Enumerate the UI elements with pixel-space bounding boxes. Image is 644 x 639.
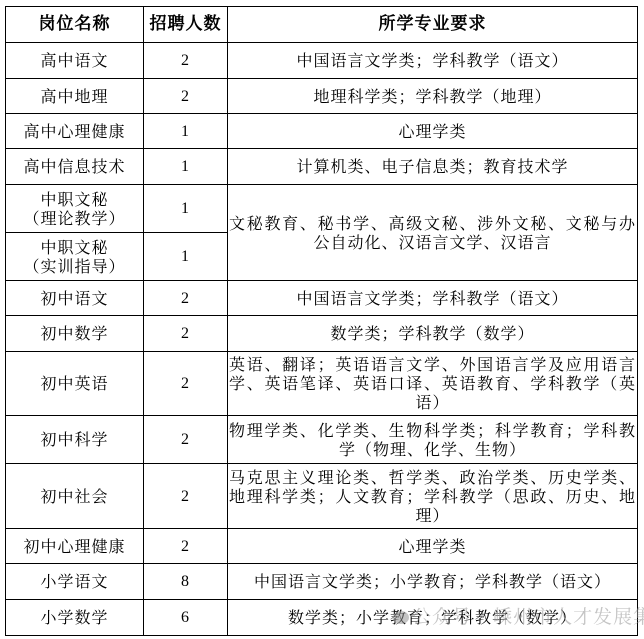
table-row: 初中心理健康 2 心理学类	[6, 529, 638, 564]
position-cell: 高中信息技术	[6, 149, 144, 185]
table-row: 初中语文 2 中国语言文学类；学科教学（语文）	[6, 281, 638, 316]
major-cell-merged: 文秘教育、秘书学、高级文秘、涉外文秘、文秘与办公自动化、汉语言文学、汉语言	[228, 185, 638, 281]
major-cell: 中国语言文学类；学科教学（语文）	[228, 281, 638, 316]
count-cell: 2	[144, 43, 228, 79]
table-row: 高中信息技术 1 计算机类、电子信息类；教育技术学	[6, 149, 638, 185]
table-row: 中职文秘 （理论教学） 1 文秘教育、秘书学、高级文秘、涉外文秘、文秘与办公自动…	[6, 185, 638, 233]
count-cell: 1	[144, 114, 228, 149]
position-cell: 初中社会	[6, 464, 144, 529]
position-cell: 中职文秘 （理论教学）	[6, 185, 144, 233]
count-cell: 2	[144, 79, 228, 114]
count-cell: 1	[144, 233, 228, 281]
position-cell: 小学语文	[6, 564, 144, 600]
count-cell: 1	[144, 149, 228, 185]
count-cell: 2	[144, 416, 228, 464]
major-cell: 心理学类	[228, 529, 638, 564]
table-header-row: 岗位名称 招聘人数 所学专业要求	[6, 7, 638, 43]
major-cell: 中国语言文学类；小学教育；学科教学（语文）	[228, 564, 638, 600]
count-cell: 2	[144, 316, 228, 352]
table-row: 初中科学 2 物理学类、化学类、生物科学类；科学教育；学科教学（物理、化学、生物…	[6, 416, 638, 464]
position-cell: 初中语文	[6, 281, 144, 316]
position-cell: 中职文秘 （实训指导）	[6, 233, 144, 281]
major-cell: 地理科学类；学科教学（地理）	[228, 79, 638, 114]
major-cell: 数学类；小学教育；学科教学（数学）	[228, 600, 638, 636]
header-position: 岗位名称	[6, 7, 144, 43]
position-cell: 高中地理	[6, 79, 144, 114]
position-cell: 初中英语	[6, 352, 144, 416]
position-cell: 初中数学	[6, 316, 144, 352]
position-cell: 初中科学	[6, 416, 144, 464]
major-cell: 马克思主义理论类、哲学类、政治学类、历史学类、地理科学类；人文教育；学科教学（思…	[228, 464, 638, 529]
position-cell: 初中心理健康	[6, 529, 144, 564]
count-cell: 2	[144, 281, 228, 316]
recruitment-table: 岗位名称 招聘人数 所学专业要求 高中语文 2 中国语言文学类；学科教学（语文）…	[5, 6, 638, 636]
major-cell: 心理学类	[228, 114, 638, 149]
major-cell: 中国语言文学类；学科教学（语文）	[228, 43, 638, 79]
major-cell: 数学类；学科教学（数学）	[228, 316, 638, 352]
position-cell: 小学数学	[6, 600, 144, 636]
header-major: 所学专业要求	[228, 7, 638, 43]
table-row: 小学语文 8 中国语言文学类；小学教育；学科教学（语文）	[6, 564, 638, 600]
table-row: 初中数学 2 数学类；学科教学（数学）	[6, 316, 638, 352]
major-cell: 计算机类、电子信息类；教育技术学	[228, 149, 638, 185]
table-row: 高中地理 2 地理科学类；学科教学（地理）	[6, 79, 638, 114]
count-cell: 1	[144, 185, 228, 233]
table-row: 高中心理健康 1 心理学类	[6, 114, 638, 149]
count-cell: 2	[144, 529, 228, 564]
table-row: 高中语文 2 中国语言文学类；学科教学（语文）	[6, 43, 638, 79]
table-row: 小学数学 6 数学类；小学教育；学科教学（数学）	[6, 600, 638, 636]
header-count: 招聘人数	[144, 7, 228, 43]
position-cell: 高中心理健康	[6, 114, 144, 149]
count-cell: 2	[144, 464, 228, 529]
count-cell: 6	[144, 600, 228, 636]
count-cell: 8	[144, 564, 228, 600]
position-cell: 高中语文	[6, 43, 144, 79]
table-row: 初中英语 2 英语、翻译；英语语言文学、外国语言学及应用语言学、英语笔译、英语口…	[6, 352, 638, 416]
count-cell: 2	[144, 352, 228, 416]
table-row: 初中社会 2 马克思主义理论类、哲学类、政治学类、历史学类、地理科学类；人文教育…	[6, 464, 638, 529]
major-cell: 英语、翻译；英语语言文学、外国语言学及应用语言学、英语笔译、英语口译、英语教育、…	[228, 352, 638, 416]
major-cell: 物理学类、化学类、生物科学类；科学教育；学科教学（物理、化学、生物）	[228, 416, 638, 464]
